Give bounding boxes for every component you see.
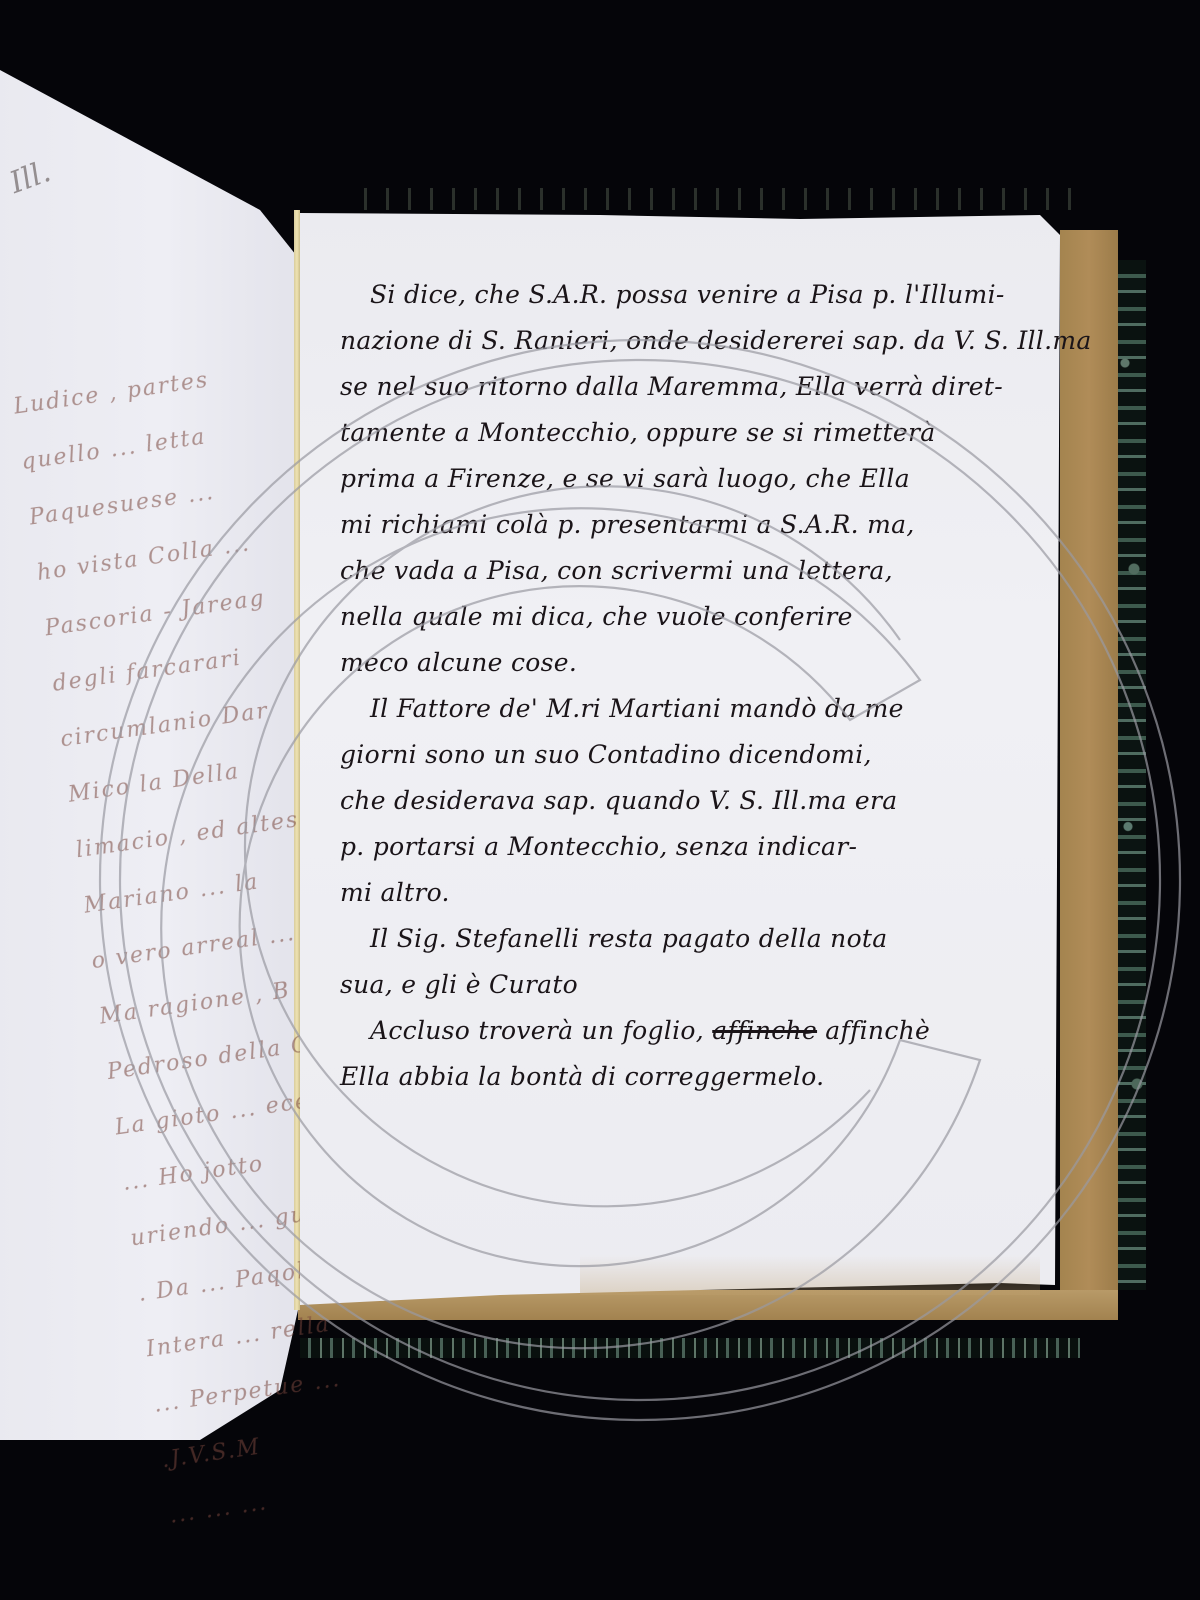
ms-line: Ella abbia la bontà di correggermelo. <box>340 1054 1050 1100</box>
ms-line: prima a Firenze, e se vi sarà luogo, che… <box>340 456 1050 502</box>
ms-line: Il Sig. Stefanelli resta pagato della no… <box>340 916 1050 962</box>
ms-text: Accluso troverà un foglio, <box>370 1016 712 1045</box>
ms-line: nella quale mi dica, che vuole conferire <box>340 594 1050 640</box>
ms-line: che desiderava sap. quando V. S. Ill.ma … <box>340 778 1050 824</box>
ms-line: mi richiami colà p. presentarmi a S.A.R.… <box>340 502 1050 548</box>
ms-line: p. portarsi a Montecchio, senza indicar- <box>340 824 1050 870</box>
cover-marbled-edge-top <box>355 188 1075 210</box>
right-page-text: Si dice, che S.A.R. possa venire a Pisa … <box>340 272 1050 1100</box>
ms-line: se nel suo ritorno dalla Maremma, Ella v… <box>340 364 1050 410</box>
ms-line: Si dice, che S.A.R. possa venire a Pisa … <box>340 272 1050 318</box>
ms-line: sua, e gli è Curato <box>340 962 1050 1008</box>
manuscript-photo: Ill. Ludice , partesquello ... letta... … <box>0 0 1200 1600</box>
page-stain <box>580 1255 1040 1295</box>
backing-board-right <box>1060 230 1118 1310</box>
ms-line-with-strikethrough: Accluso troverà un foglio, affinche affi… <box>340 1008 1050 1054</box>
ms-line: nazione di S. Ranieri, onde desidererei … <box>340 318 1050 364</box>
ms-line: che vada a Pisa, con scrivermi una lette… <box>340 548 1050 594</box>
ms-line: tamente a Montecchio, oppure se si rimet… <box>340 410 1050 456</box>
struck-word: affinche <box>712 1016 817 1045</box>
cover-marbled-edge-right <box>1116 260 1146 1290</box>
ms-line: mi altro. <box>340 870 1050 916</box>
ms-line: meco alcune cose. <box>340 640 1050 686</box>
ms-line: giorni sono un suo Contadino dicendomi, <box>340 732 1050 778</box>
ms-text: affinchè <box>817 1016 930 1045</box>
ms-line: Il Fattore de' M.ri Martiani mandò da me <box>340 686 1050 732</box>
